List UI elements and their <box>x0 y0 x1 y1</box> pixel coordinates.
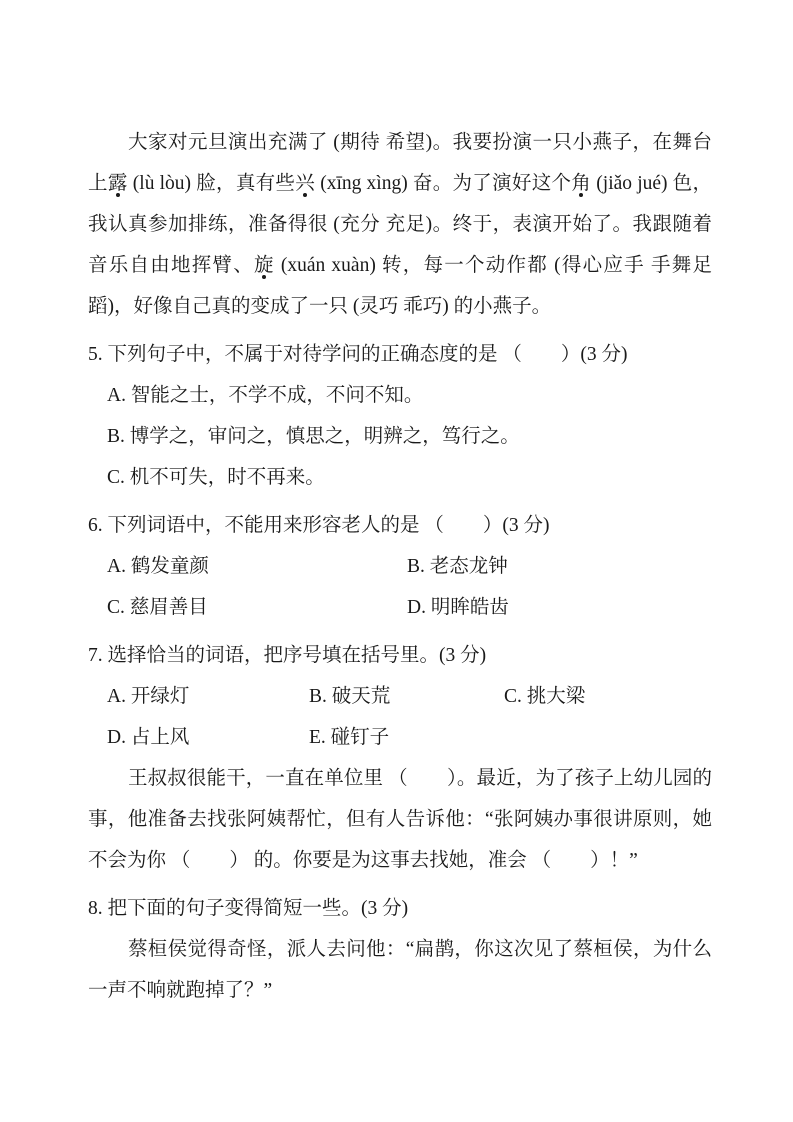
intro-char-jue-emphasized: 角 <box>571 173 591 194</box>
question-6-option-b: B. 老态龙钟 <box>407 546 712 587</box>
question-6-option-a: A. 鹤发童颜 <box>107 546 407 587</box>
exam-content: 大家对元旦演出充满了 (期待 希望)。我要扮演一只小燕子，在舞台上露 (lù l… <box>88 122 712 1011</box>
question-6-options-row-2: C. 慈眉善目 D. 明眸皓齿 <box>88 587 712 628</box>
question-6: 6. 下列词语中，不能用来形容老人的是 （ ）(3 分) A. 鹤发童颜 B. … <box>88 505 712 628</box>
intro-cloze-paragraph: 大家对元旦演出充满了 (期待 希望)。我要扮演一只小燕子，在舞台上露 (lù l… <box>88 122 712 327</box>
question-6-header: 6. 下列词语中，不能用来形容老人的是 （ ）(3 分) <box>88 505 712 546</box>
intro-seg-4: (xīng xìng) 奋。为了演好这个 <box>315 173 571 194</box>
question-7-option-d: D. 占上风 <box>107 717 309 758</box>
exam-paper-page: 大家对元旦演出充满了 (期待 希望)。我要扮演一只小燕子，在舞台上露 (lù l… <box>0 0 793 1122</box>
question-7-option-c: C. 挑大梁 <box>504 676 712 717</box>
question-6-option-d: D. 明眸皓齿 <box>407 587 712 628</box>
question-8-header: 8. 把下面的句子变得简短一些。(3 分) <box>88 888 712 929</box>
question-7-option-a: A. 开绿灯 <box>107 676 309 717</box>
intro-char-xuan-emphasized: 旋 <box>254 255 275 276</box>
question-7-cloze-passage: 王叔叔很能干，一直在单位里 （ ）。最近，为了孩子上幼儿园的事，他准备去找张阿姨… <box>88 758 712 881</box>
intro-seg-2: (lù lòu) 脸，真有些 <box>128 173 296 194</box>
intro-char-xing-emphasized: 兴 <box>295 173 315 194</box>
intro-char-lu-emphasized: 露 <box>108 173 128 194</box>
question-6-option-c: C. 慈眉善目 <box>107 587 407 628</box>
question-7-header: 7. 选择恰当的词语，把序号填在括号里。(3 分) <box>88 635 712 676</box>
question-6-options-row-1: A. 鹤发童颜 B. 老态龙钟 <box>88 546 712 587</box>
question-5-option-c: C. 机不可失，时不再来。 <box>88 457 712 498</box>
question-7-option-b: B. 破天荒 <box>309 676 504 717</box>
question-8: 8. 把下面的句子变得简短一些。(3 分) 蔡桓侯觉得奇怪，派人去问他：“扁鹊，… <box>88 888 712 1011</box>
question-5-option-a: A. 智能之士，不学不成，不问不知。 <box>88 375 712 416</box>
question-5: 5. 下列句子中，不属于对待学问的正确态度的是 （ ）(3 分) A. 智能之士… <box>88 334 712 498</box>
question-7-options-row-1: A. 开绿灯 B. 破天荒 C. 挑大梁 <box>88 676 712 717</box>
question-5-header: 5. 下列句子中，不属于对待学问的正确态度的是 （ ）(3 分) <box>88 334 712 375</box>
question-5-option-b: B. 博学之，审问之，慎思之，明辨之，笃行之。 <box>88 416 712 457</box>
question-7: 7. 选择恰当的词语，把序号填在括号里。(3 分) A. 开绿灯 B. 破天荒 … <box>88 635 712 881</box>
question-8-sentence-passage: 蔡桓侯觉得奇怪，派人去问他：“扁鹊，你这次见了蔡桓侯，为什么一声不响就跑掉了？” <box>88 929 712 1011</box>
question-7-options-row-2: D. 占上风 E. 碰钉子 <box>88 717 712 758</box>
question-7-option-e: E. 碰钉子 <box>309 717 504 758</box>
